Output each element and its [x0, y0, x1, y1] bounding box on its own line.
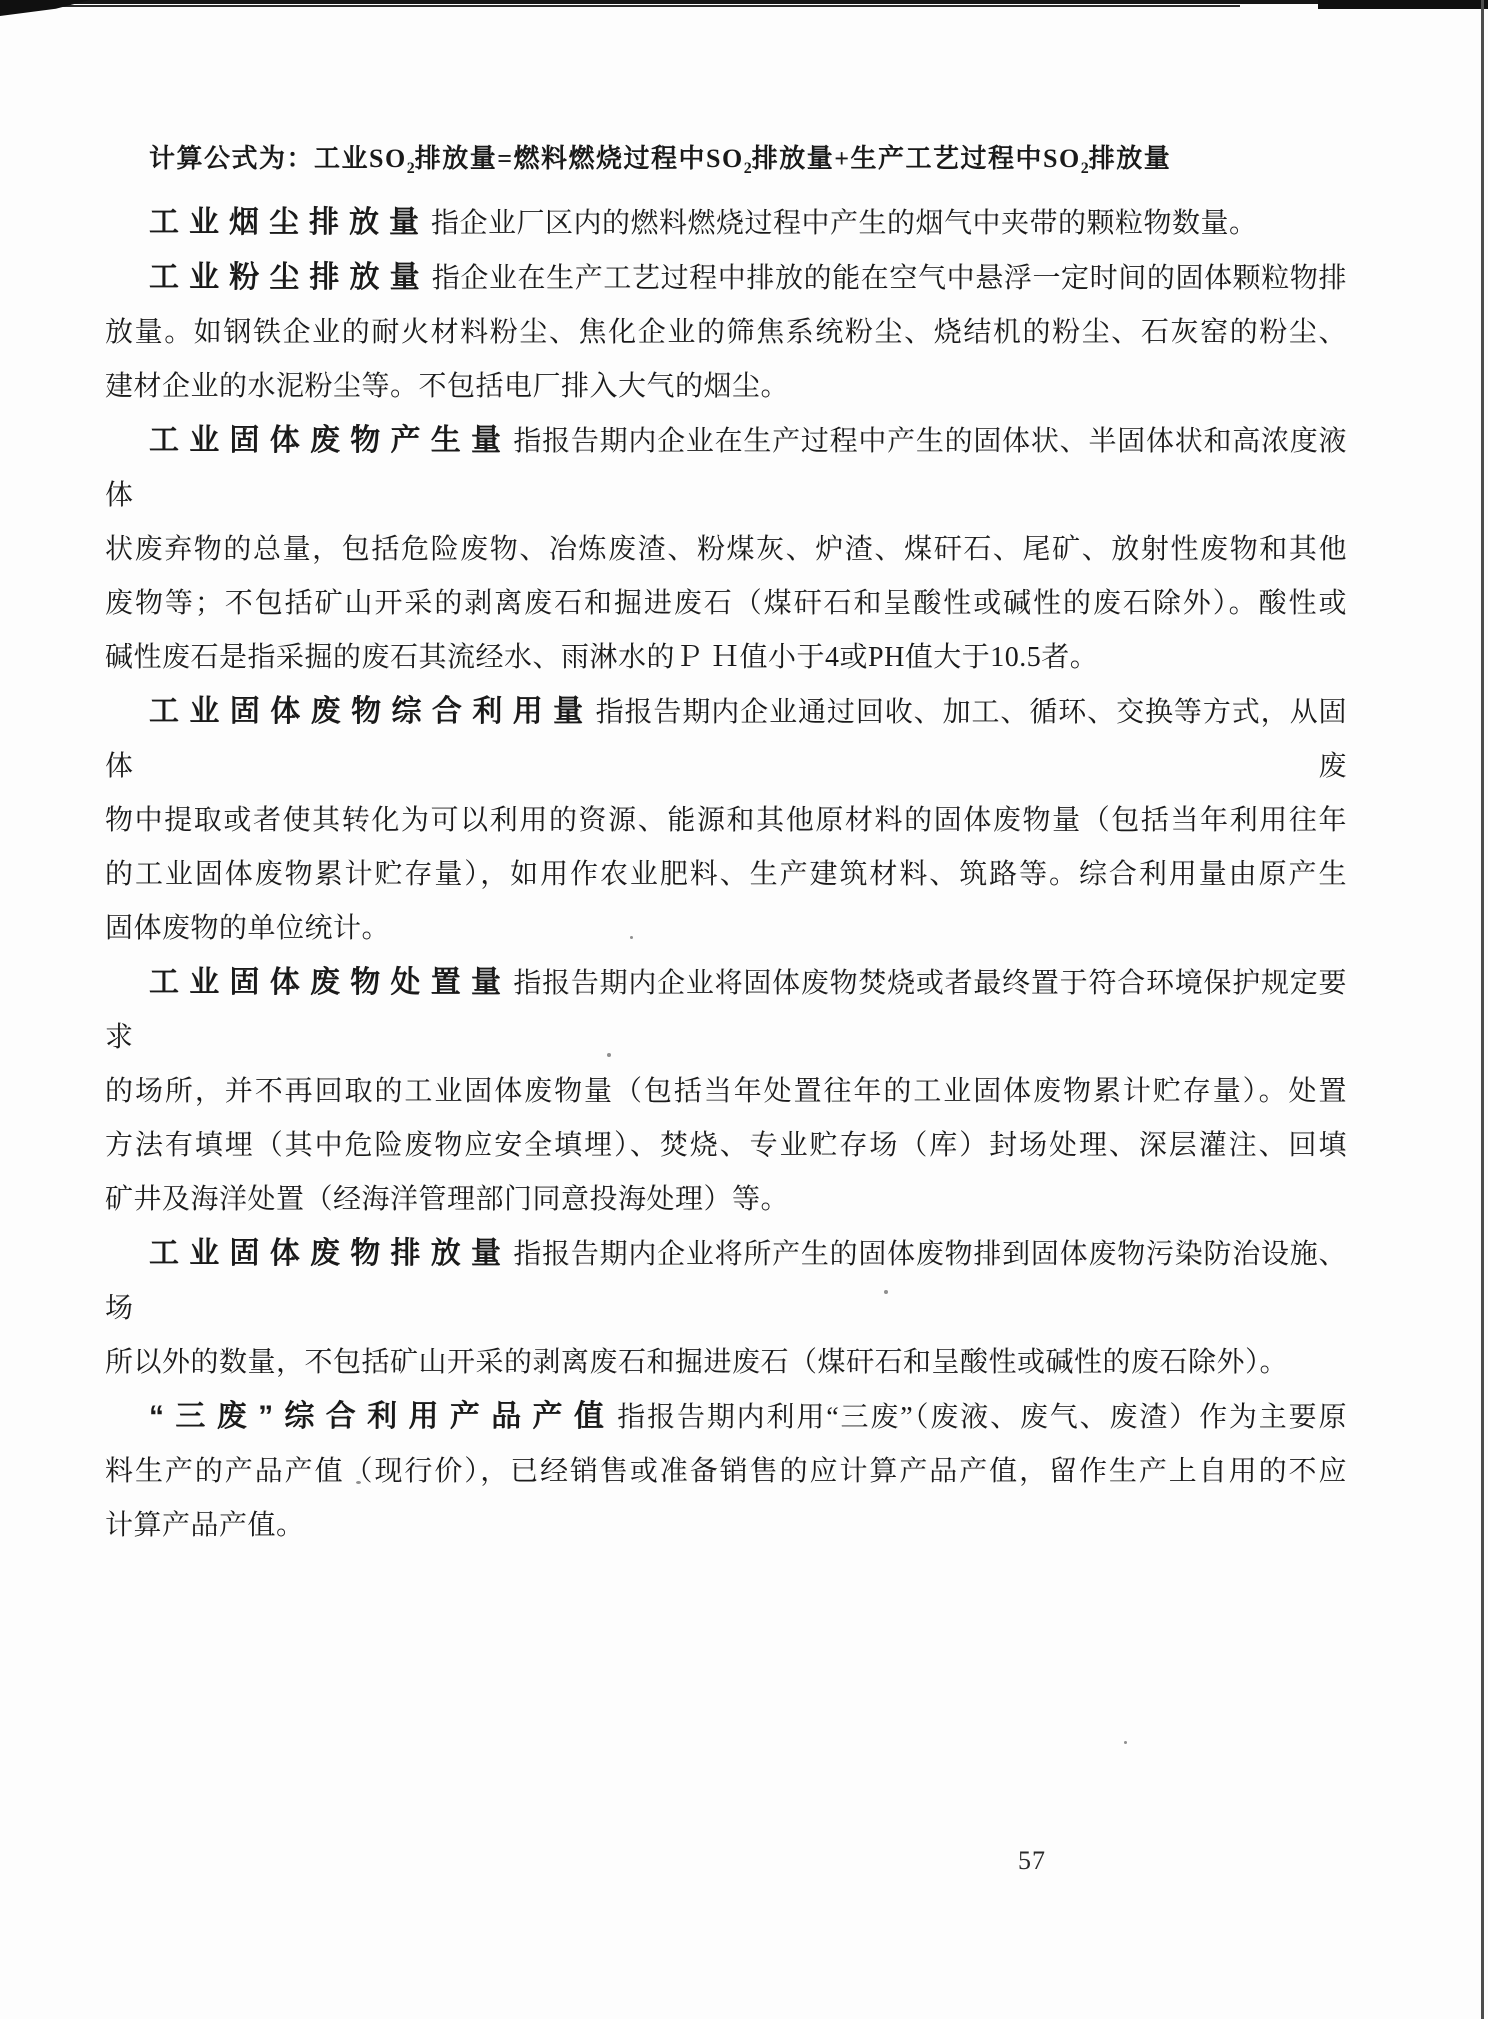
paragraph-line: 的场所，并不再回取的工业固体废物量（包括当年处置往年的工业固体废物累计贮存量）。… — [105, 1065, 1347, 1119]
scan-top-edge-line — [60, 5, 1240, 7]
paragraph-line: 建材企业的水泥粉尘等。不包括电厂排入大气的烟尘。 — [105, 360, 1347, 414]
definition-term: 工业烟尘排放量 — [149, 206, 429, 239]
document-body: 计算公式为：工业SO2排放量=燃料燃烧过程中SO2排放量+生产工艺过程中SO2排… — [105, 132, 1347, 1553]
document-page: 计算公式为：工业SO2排放量=燃料燃烧过程中SO2排放量+生产工艺过程中SO2排… — [0, 0, 1488, 2019]
paragraph-first-line: 工业固体废物综合利用量指报告期内企业通过回收、加工、循环、交换等方式，从固体废 — [105, 685, 1347, 794]
formula-line: 计算公式为：工业SO2排放量=燃料燃烧过程中SO2排放量+生产工艺过程中SO2排… — [105, 132, 1347, 196]
scan-speck — [1124, 1741, 1127, 1744]
definition-term: 工业固体废物产生量 — [149, 424, 511, 457]
paragraph-line: 所以外的数量，不包括矿山开采的剥离废石和掘进废石（煤矸石和呈酸性或碱性的废石除外… — [105, 1336, 1347, 1390]
paragraph-line: 方法有填埋（其中危险废物应安全填埋）、焚烧、专业贮存场（库）封场处理、深层灌注、… — [105, 1119, 1347, 1173]
definition-term: “三废”综合利用产品产值 — [149, 1400, 615, 1433]
definition-term: 工业粉尘排放量 — [149, 261, 430, 294]
paragraph-line: 计算产品产值。 — [105, 1499, 1347, 1553]
paragraph-line: 固体废物的单位统计。 — [105, 902, 1347, 956]
paragraph-first-line: “三废”综合利用产品产值指报告期内利用“三废”（废液、废气、废渣）作为主要原 — [105, 1390, 1347, 1445]
paragraph-first-line: 工业固体废物产生量指报告期内企业在生产过程中产生的固体状、半固体状和高浓度液体 — [105, 414, 1347, 523]
definition-text: 指企业在生产工艺过程中排放的能在空气中悬浮一定时间的固体颗粒物排 — [432, 263, 1347, 294]
paragraph-first-line: 工业烟尘排放量指企业厂区内的燃料燃烧过程中产生的烟气中夹带的颗粒物数量。 — [105, 196, 1347, 251]
definition-term: 工业固体废物排放量 — [149, 1237, 511, 1270]
paragraph-line: 料生产的产品产值（现行价），已经销售或准备销售的应计算产品产值，留作生产上自用的… — [105, 1445, 1347, 1499]
paragraph-line: 放量。如钢铁企业的耐火材料粉尘、焦化企业的筛焦系统粉尘、烧结机的粉尘、石灰窑的粉… — [105, 306, 1347, 360]
paragraph-line: 碱性废石是指采掘的废石其流经水、雨淋水的Ｐ Ｈ值小于4或PH值大于10.5者。 — [105, 631, 1347, 685]
scan-top-edge — [0, 0, 1488, 4]
paragraph-first-line: 工业粉尘排放量指企业在生产工艺过程中排放的能在空气中悬浮一定时间的固体颗粒物排 — [105, 251, 1347, 306]
page-number: 57 — [1018, 1846, 1046, 1876]
scan-corner-top-left — [0, 0, 90, 16]
definition-term: 工业固体废物处置量 — [149, 966, 511, 999]
paragraph-first-line: 工业固体废物排放量指报告期内企业将所产生的固体废物排到固体废物污染防治设施、场 — [105, 1227, 1347, 1336]
paragraph-first-line: 工业固体废物处置量指报告期内企业将固体废物焚烧或者最终置于符合环境保护规定要求 — [105, 956, 1347, 1065]
paragraph-line: 的工业固体废物累计贮存量），如用作农业肥料、生产建筑材料、筑路等。综合利用量由原… — [105, 848, 1347, 902]
definition-text: 指企业厂区内的燃料燃烧过程中产生的烟气中夹带的颗粒物数量。 — [431, 208, 1258, 239]
definition-term: 工业固体废物综合利用量 — [149, 695, 594, 728]
paragraph-line: 物中提取或者使其转化为可以利用的资源、能源和其他原材料的固体废物量（包括当年利用… — [105, 794, 1347, 848]
scan-corner-top-right — [1318, 0, 1488, 9]
definition-text: 指报告期内利用“三废”（废液、废气、废渣）作为主要原 — [617, 1402, 1347, 1433]
paragraph-line: 状废弃物的总量，包括危险废物、冶炼废渣、粉煤灰、炉渣、煤矸石、尾矿、放射性废物和… — [105, 523, 1347, 577]
scan-right-edge — [1481, 0, 1484, 2019]
paragraph-line: 矿井及海洋处置（经海洋管理部门同意投海处理）等。 — [105, 1173, 1347, 1227]
paragraph-line: 废物等；不包括矿山开采的剥离废石和掘进废石（煤矸石和呈酸性或碱性的废石除外）。酸… — [105, 577, 1347, 631]
